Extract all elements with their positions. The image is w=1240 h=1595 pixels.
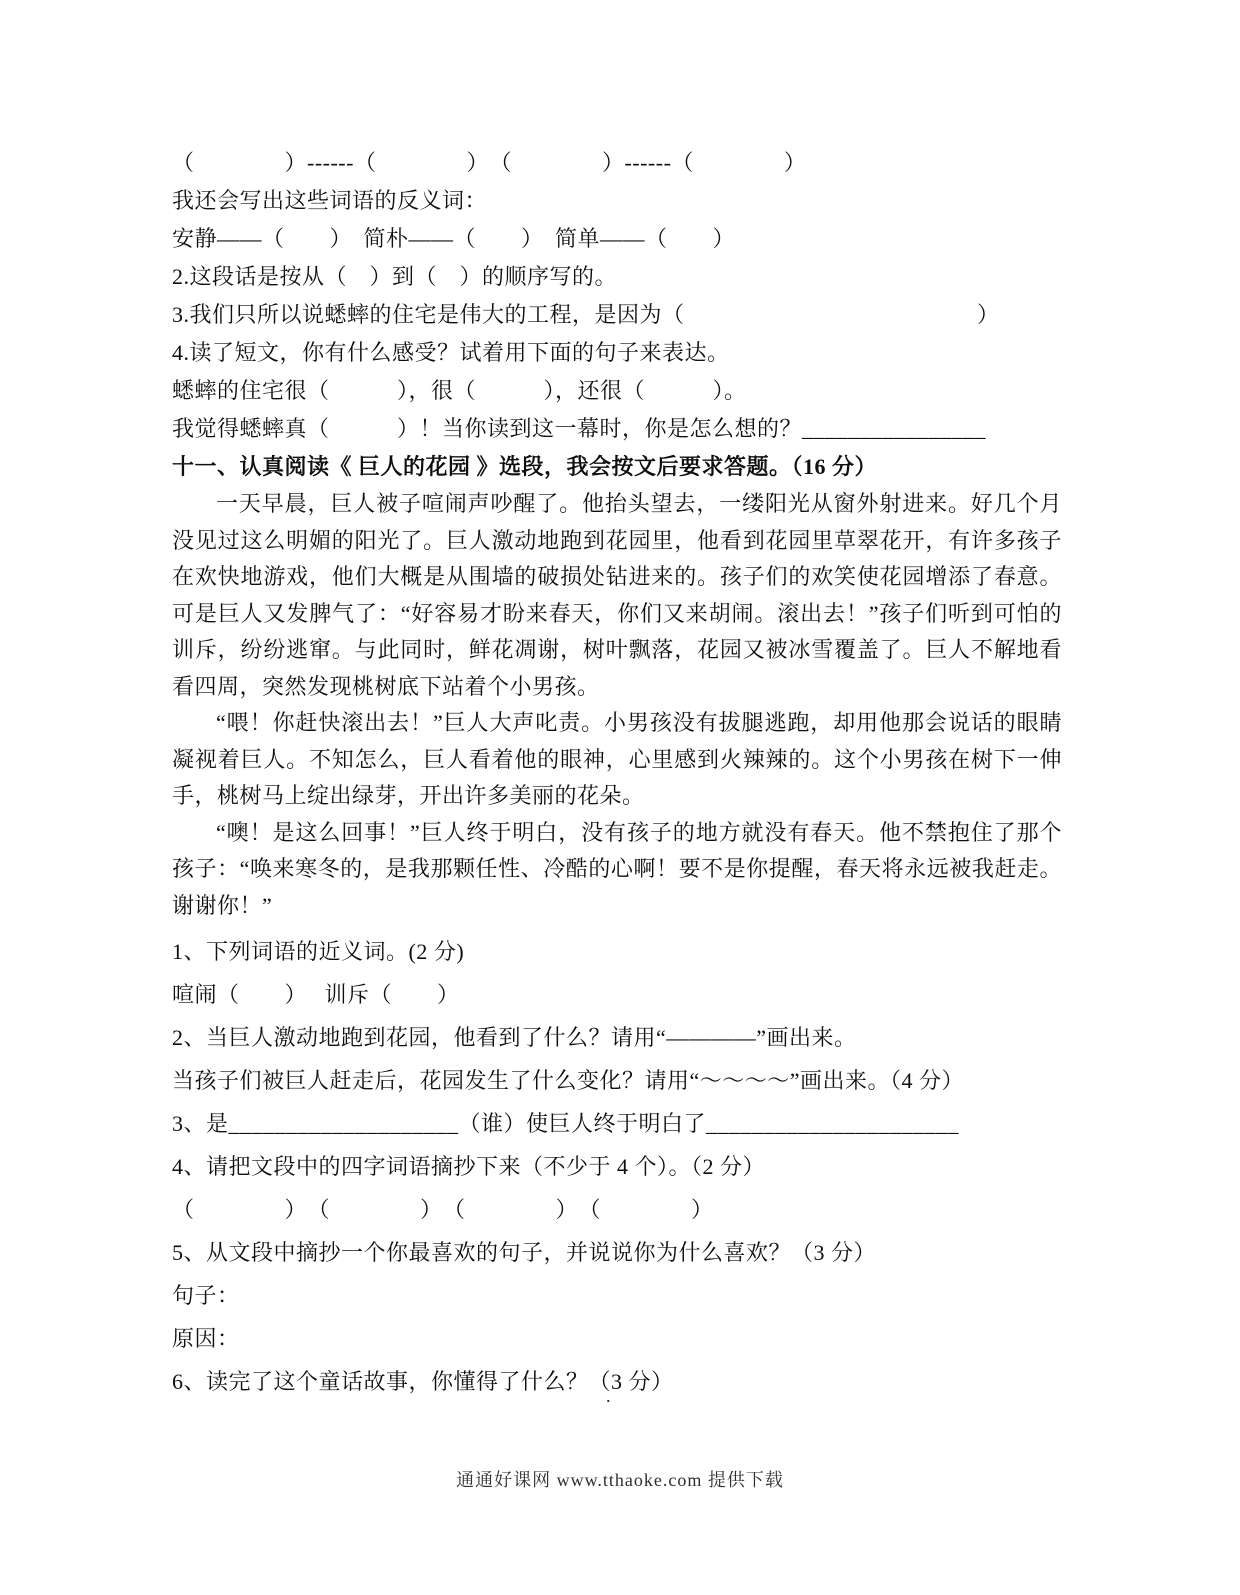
antonym-instruction-line: 我还会写出这些词语的反义词： [172, 182, 1062, 220]
section-eleven-heading: 十一、认真阅读《 巨人的花园 》选段，我会按文后要求答题。（16 分） [172, 448, 1062, 486]
question-5-reason-label: 原因： [172, 1317, 1062, 1360]
worksheet-page: （ ）------（ ） （ ）------（ ） 我还会写出这些词语的反义词：… [0, 0, 1240, 1595]
stray-dot-mark: . [606, 1386, 611, 1407]
section-eleven-questions: 1、下列词语的近义词。(2 分) 喧闹（ ） 训斥（ ） 2、当巨人激动地跑到花… [172, 930, 1062, 1403]
passage-paragraph-2: “喂！你赶快滚出去！”巨人大声叱责。小男孩没有拔腿逃跑，却用他那会说话的眼睛凝视… [172, 705, 1062, 815]
question-1-synonyms: 1、下列词语的近义词。(2 分) [172, 930, 1062, 973]
question-3-fill-blank: 3、是____________________（谁）使巨人终于明白了______… [172, 1102, 1062, 1145]
passage-paragraph-3: “噢！是这么回事！”巨人终于明白，没有孩子的地方就没有春天。他不禁抱住了那个孩子… [172, 815, 1062, 925]
question-5-sentence-label: 句子： [172, 1274, 1062, 1317]
worksheet-content: （ ）------（ ） （ ）------（ ） 我还会写出这些词语的反义词：… [172, 144, 1062, 1403]
reading-passage: 一天早晨，巨人被子喧闹声吵醒了。他抬头望去，一缕阳光从窗外射进来。好几个月没见过… [172, 486, 1062, 924]
question-4-feeling-line: 4.读了短文，你有什么感受？试着用下面的句子来表达。 [172, 334, 1062, 372]
passage-paragraph-1: 一天早晨，巨人被子喧闹声吵醒了。他抬头望去，一缕阳光从窗外射进来。好几个月没见过… [172, 486, 1062, 705]
antonym-blanks-line: 安静——（ ） 简朴——（ ） 简单——（ ） [172, 220, 1062, 258]
cricket-thought-blank-line: 我觉得蟋蟀真（ ）！当你读到这一幕时，你是怎么想的？______________… [172, 410, 1062, 448]
cricket-house-blanks-line: 蟋蟀的住宅很（ ），很（ ），还很（ ）。 [172, 372, 1062, 410]
question-3-reason-line: 3.我们只所以说蟋蟀的住宅是伟大的工程，是因为（ ） [172, 296, 1062, 334]
top-exercise-section: （ ）------（ ） （ ）------（ ） 我还会写出这些词语的反义词：… [172, 144, 1062, 448]
question-4-paren-blanks: （ ） （ ） （ ） （ ） [172, 1188, 1062, 1231]
synonym-blank-pairs-line: （ ）------（ ） （ ）------（ ） [172, 144, 1062, 182]
question-2-underline-task: 2、当巨人激动地跑到花园，他看到了什么？请用“————”画出来。 [172, 1016, 1062, 1059]
question-5-favorite-sentence: 5、从文段中摘抄一个你最喜欢的句子，并说说你为什么喜欢？（3 分） [172, 1231, 1062, 1274]
question-2-order-line: 2.这段话是按从（ ）到（ ）的顺序写的。 [172, 258, 1062, 296]
question-2-wavy-line-task: 当孩子们被巨人赶走后，花园发生了什么变化？请用“～～～～”画出来。（4 分） [172, 1059, 1062, 1102]
question-4-four-char-words: 4、请把文段中的四字词语摘抄下来（不少于 4 个）。（2 分） [172, 1145, 1062, 1188]
question-6-lesson-learned: 6、读完了这个童话故事，你懂得了什么？（3 分） [172, 1360, 1062, 1403]
question-1-blanks: 喧闹（ ） 训斥（ ） [172, 973, 1062, 1016]
footer-watermark: 通通好课网 www.tthaoke.com 提供下载 [0, 1466, 1240, 1492]
